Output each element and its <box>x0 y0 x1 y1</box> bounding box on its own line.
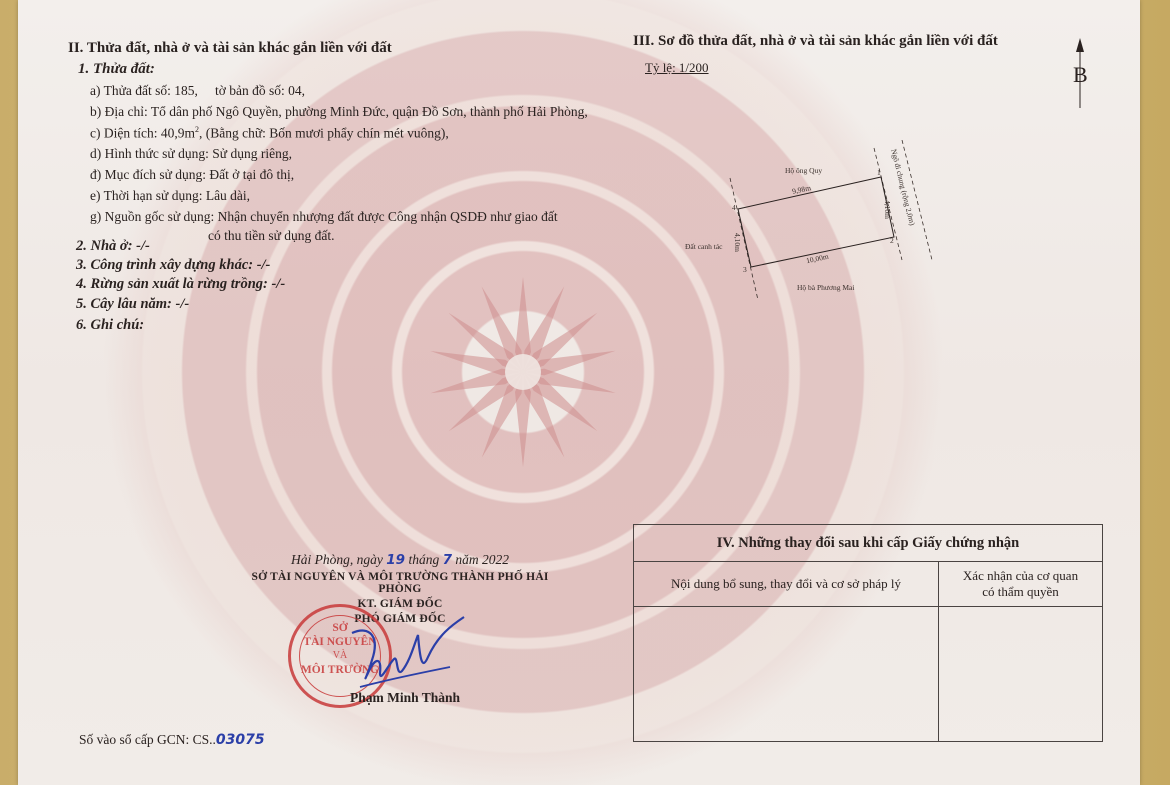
parcel-number: a) Thửa đất số: 185, <box>90 83 198 99</box>
north-neighbor: Hộ ông Quy <box>785 166 822 175</box>
content-cell <box>634 607 939 742</box>
drum-star-watermark <box>423 272 623 472</box>
usage-origin: g) Nguồn gốc sử dụng: Nhận chuyển nhượng… <box>90 209 558 225</box>
role-line-1: KT. GIÁM ĐỐC <box>235 598 565 610</box>
perennial-tree-item: 5. Cây lâu năm: -/- <box>76 296 189 313</box>
west-neighbor: Đất canh tác <box>685 242 722 251</box>
signer-name: Phạm Minh Thành <box>350 690 460 706</box>
production-forest-item: 4. Rừng sản xuất là rừng trồng: -/- <box>76 276 285 293</box>
col-content-header: Nội dung bổ sung, thay đổi và cơ sở pháp… <box>634 562 939 607</box>
usage-purpose: đ) Mục đích sử dụng: Đất ở tại đô thị, <box>90 167 294 183</box>
confirmation-cell <box>939 607 1103 742</box>
usage-term: e) Thời hạn sử dụng: Lâu dài, <box>90 188 250 204</box>
registry-number: Số vào sổ cấp GCN: CS..03075 <box>79 732 265 748</box>
col-confirmation-header: Xác nhận của cơ quan có thẩm quyền <box>939 562 1103 607</box>
section-2-title: II. Thửa đất, nhà ở và tài sản khác gắn … <box>68 40 392 57</box>
point-4: 4 <box>732 203 736 212</box>
changes-table: IV. Những thay đổi sau khi cấp Giấy chứn… <box>633 524 1103 742</box>
usage-origin-cont: có thu tiền sử dụng đất. <box>208 228 335 244</box>
edge-left-length: 4,10m <box>733 233 742 252</box>
notes-item: 6. Ghi chú: <box>76 317 144 334</box>
other-construction-item: 3. Công trình xây dựng khác: -/- <box>76 257 270 274</box>
section-3-title: III. Sơ đồ thửa đất, nhà ở và tài sản kh… <box>633 33 998 50</box>
point-1: 1 <box>877 168 881 177</box>
issuing-org: SỞ TÀI NGUYÊN VÀ MÔI TRƯỜNG THÀNH PHỐ HẢ… <box>235 571 565 595</box>
point-2: 2 <box>890 236 894 245</box>
house-item: 2. Nhà ở: -/- <box>76 238 150 255</box>
area: c) Diện tích: 40,9m2, (Bằng chữ: Bốn mươ… <box>90 125 449 142</box>
north-label: B <box>1073 62 1088 88</box>
edge-right-length: 4,10m <box>883 200 892 219</box>
handwritten-signature <box>340 615 470 700</box>
point-3: 3 <box>743 265 747 274</box>
usage-form: d) Hình thức sử dụng: Sử dụng riêng, <box>90 146 292 162</box>
scale-label: Tỷ lệ: 1/200 <box>645 60 709 76</box>
issue-date: Hải Phòng, ngày 19 tháng 7 năm 2022 <box>235 552 565 568</box>
map-sheet-number: tờ bản đồ số: 04, <box>215 83 305 99</box>
section-4-title: IV. Những thay đổi sau khi cấp Giấy chứn… <box>634 525 1103 562</box>
land-heading: 1. Thửa đất: <box>78 61 155 78</box>
south-neighbor: Hộ bà Phương Mai <box>797 283 854 292</box>
address: b) Địa chỉ: Tổ dân phố Ngô Quyền, phường… <box>90 104 588 120</box>
